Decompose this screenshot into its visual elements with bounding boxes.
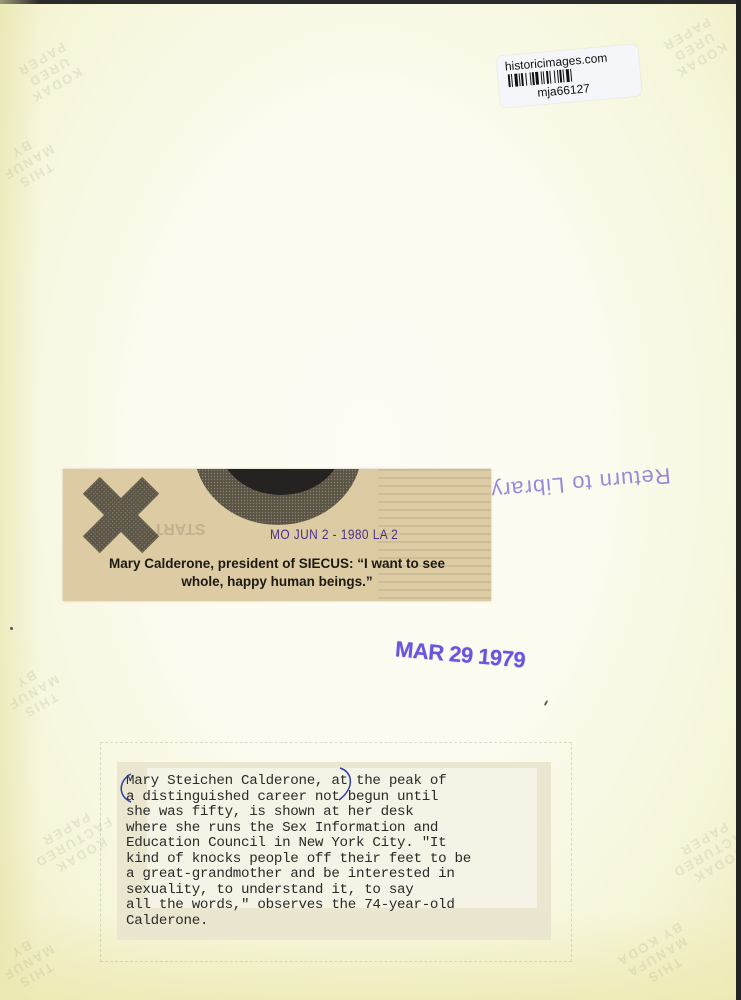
scan-edge xyxy=(736,0,741,1000)
clipping-caption-line: Mary Calderone, president of SIECUS: “I … xyxy=(63,555,491,573)
paper-watermark: KODAK URED PAPER xyxy=(658,14,730,82)
clipping-caption: Mary Calderone, president of SIECUS: “I … xyxy=(63,555,491,591)
photo-back-page: KODAK URED PAPER THIS MANUF BY KODAK URE… xyxy=(0,0,736,1000)
return-to-library-stamp: Return to Library xyxy=(489,462,671,504)
received-date-stamp: MAR 29 1979 xyxy=(394,636,526,673)
clipping-date-stamp: MO JUN 2 - 1980 LA 2 xyxy=(270,526,398,542)
barcode-label: historicimages.com mja66127 xyxy=(496,44,642,108)
clipping-caption-line: whole, happy human beings.” xyxy=(63,573,491,591)
newspaper-clipping: START YOUR MO JUN 2 - 1980 LA 2 Mary Cal… xyxy=(63,469,491,601)
pen-bracket-marks xyxy=(117,762,551,940)
speck xyxy=(10,627,13,630)
speck xyxy=(544,700,549,706)
typed-caption-slip: Mary Steichen Calderone, at the peak of … xyxy=(117,762,551,940)
paper-watermark: KODAK FACTURED PAPER xyxy=(663,811,736,893)
